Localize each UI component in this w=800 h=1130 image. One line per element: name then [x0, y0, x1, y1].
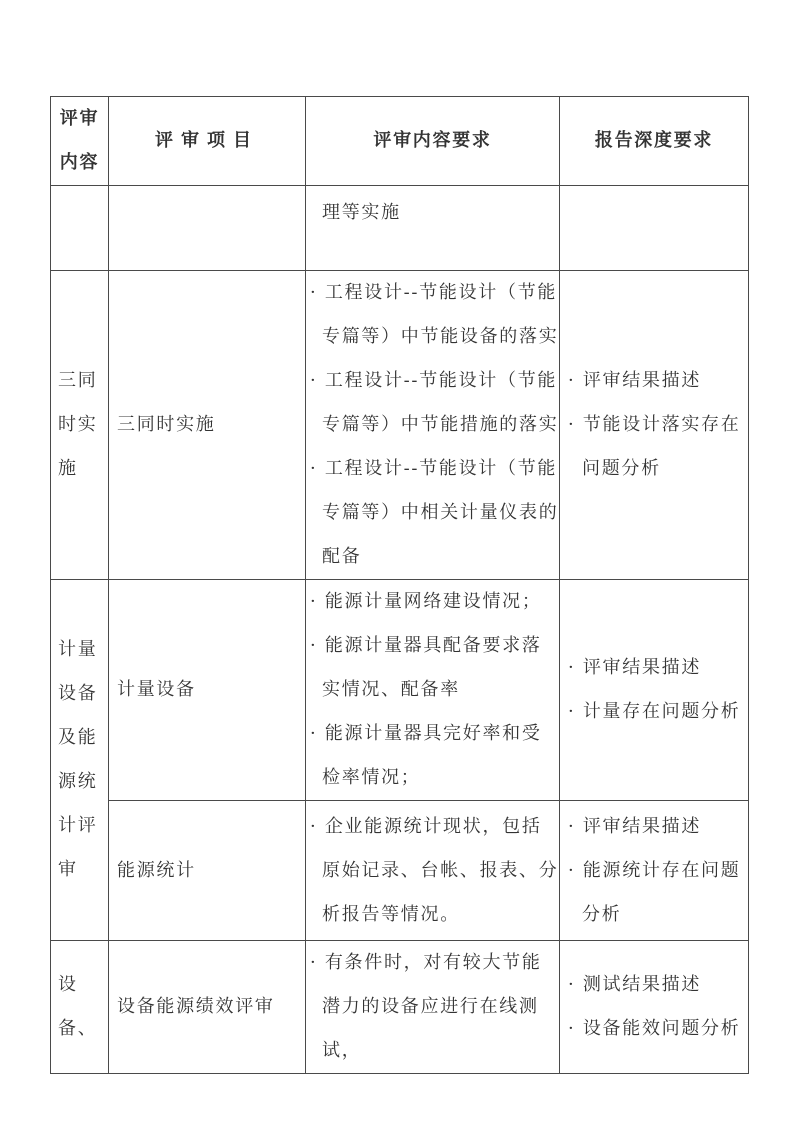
report-depth-cell-equipment: · 测试结果描述 · 设备能效问题分析 — [560, 941, 749, 1074]
requirements-cell-continuation: 理等实施 — [306, 186, 560, 271]
requirement-item: · 能源计量器具完好率和受检率情况； — [322, 712, 559, 800]
report-depth-item: · 设备能效问题分析 — [582, 1007, 746, 1051]
requirement-item: · 有条件时，对有较大节能潜力的设备应进行在线测试， — [322, 941, 559, 1073]
requirements-cell-equipment: · 有条件时，对有较大节能潜力的设备应进行在线测试， — [306, 941, 560, 1074]
requirement-item: · 工程设计--节能设计（节能专篇等）中相关计量仪表的配备 — [322, 447, 559, 579]
report-depth-cell-empty — [560, 186, 749, 271]
requirements-cell-santongshi: · 工程设计--节能设计（节能专篇等）中节能设备的落实 · 工程设计--节能设计… — [306, 271, 560, 580]
table-row-continuation: 理等实施 — [51, 186, 749, 271]
item-cell-statistics: 能源统计 — [109, 801, 306, 941]
table-row-metering: 计量设备及能源统计评审 计量设备 · 能源计量网络建设情况； · 能源计量器具配… — [51, 580, 749, 801]
category-cell-santongshi: 三同时实施 — [51, 271, 109, 580]
category-cell-jiliang: 计量设备及能源统计评审 — [51, 580, 109, 941]
report-depth-cell-santongshi: · 评审结果描述 · 节能设计落实存在问题分析 — [560, 271, 749, 580]
document-page: 评审内容 评审项目 评审内容要求 报告深度要求 理等实施 三同时实施 三同时实施… — [0, 0, 800, 1130]
requirement-tail-text: 理等实施 — [322, 191, 559, 235]
header-report-depth-requirement: 报告深度要求 — [560, 97, 749, 186]
item-cell-santongshi: 三同时实施 — [109, 271, 306, 580]
report-depth-item: · 评审结果描述 — [582, 805, 746, 849]
report-depth-item: · 能源统计存在问题分析 — [582, 849, 746, 937]
category-cell-empty — [51, 186, 109, 271]
category-cell-equipment: 设备、 — [51, 941, 109, 1074]
requirement-item: · 工程设计--节能设计（节能专篇等）中节能措施的落实 — [322, 359, 559, 447]
review-requirements-table: 评审内容 评审项目 评审内容要求 报告深度要求 理等实施 三同时实施 三同时实施… — [50, 96, 749, 1074]
header-review-content: 评审内容 — [51, 97, 109, 186]
requirements-cell-metering: · 能源计量网络建设情况； · 能源计量器具配备要求落实情况、配备率 · 能源计… — [306, 580, 560, 801]
item-cell-metering: 计量设备 — [109, 580, 306, 801]
report-depth-item: · 评审结果描述 — [582, 359, 746, 403]
requirement-item: · 能源计量器具配备要求落实情况、配备率 — [322, 624, 559, 712]
requirement-item: · 工程设计--节能设计（节能专篇等）中节能设备的落实 — [322, 271, 559, 359]
table-row-statistics: 能源统计 · 企业能源统计现状，包括原始记录、台帐、报表、分析报告等情况。 · … — [51, 801, 749, 941]
table-row-equipment: 设备、 设备能源绩效评审 · 有条件时，对有较大节能潜力的设备应进行在线测试， … — [51, 941, 749, 1074]
table-row-santongshi: 三同时实施 三同时实施 · 工程设计--节能设计（节能专篇等）中节能设备的落实 … — [51, 271, 749, 580]
item-cell-empty — [109, 186, 306, 271]
requirement-item: · 企业能源统计现状，包括原始记录、台帐、报表、分析报告等情况。 — [322, 805, 559, 937]
report-depth-item: · 节能设计落实存在问题分析 — [582, 403, 746, 491]
header-review-content-requirement: 评审内容要求 — [306, 97, 560, 186]
table-header-row: 评审内容 评审项目 评审内容要求 报告深度要求 — [51, 97, 749, 186]
item-cell-equipment: 设备能源绩效评审 — [109, 941, 306, 1074]
header-review-item: 评审项目 — [109, 97, 306, 186]
report-depth-cell-statistics: · 评审结果描述 · 能源统计存在问题分析 — [560, 801, 749, 941]
requirement-item: · 能源计量网络建设情况； — [322, 580, 559, 624]
report-depth-item: · 评审结果描述 — [582, 646, 746, 690]
requirements-cell-statistics: · 企业能源统计现状，包括原始记录、台帐、报表、分析报告等情况。 — [306, 801, 560, 941]
report-depth-item: · 计量存在问题分析 — [582, 690, 746, 734]
report-depth-item: · 测试结果描述 — [582, 963, 746, 1007]
report-depth-cell-metering: · 评审结果描述 · 计量存在问题分析 — [560, 580, 749, 801]
